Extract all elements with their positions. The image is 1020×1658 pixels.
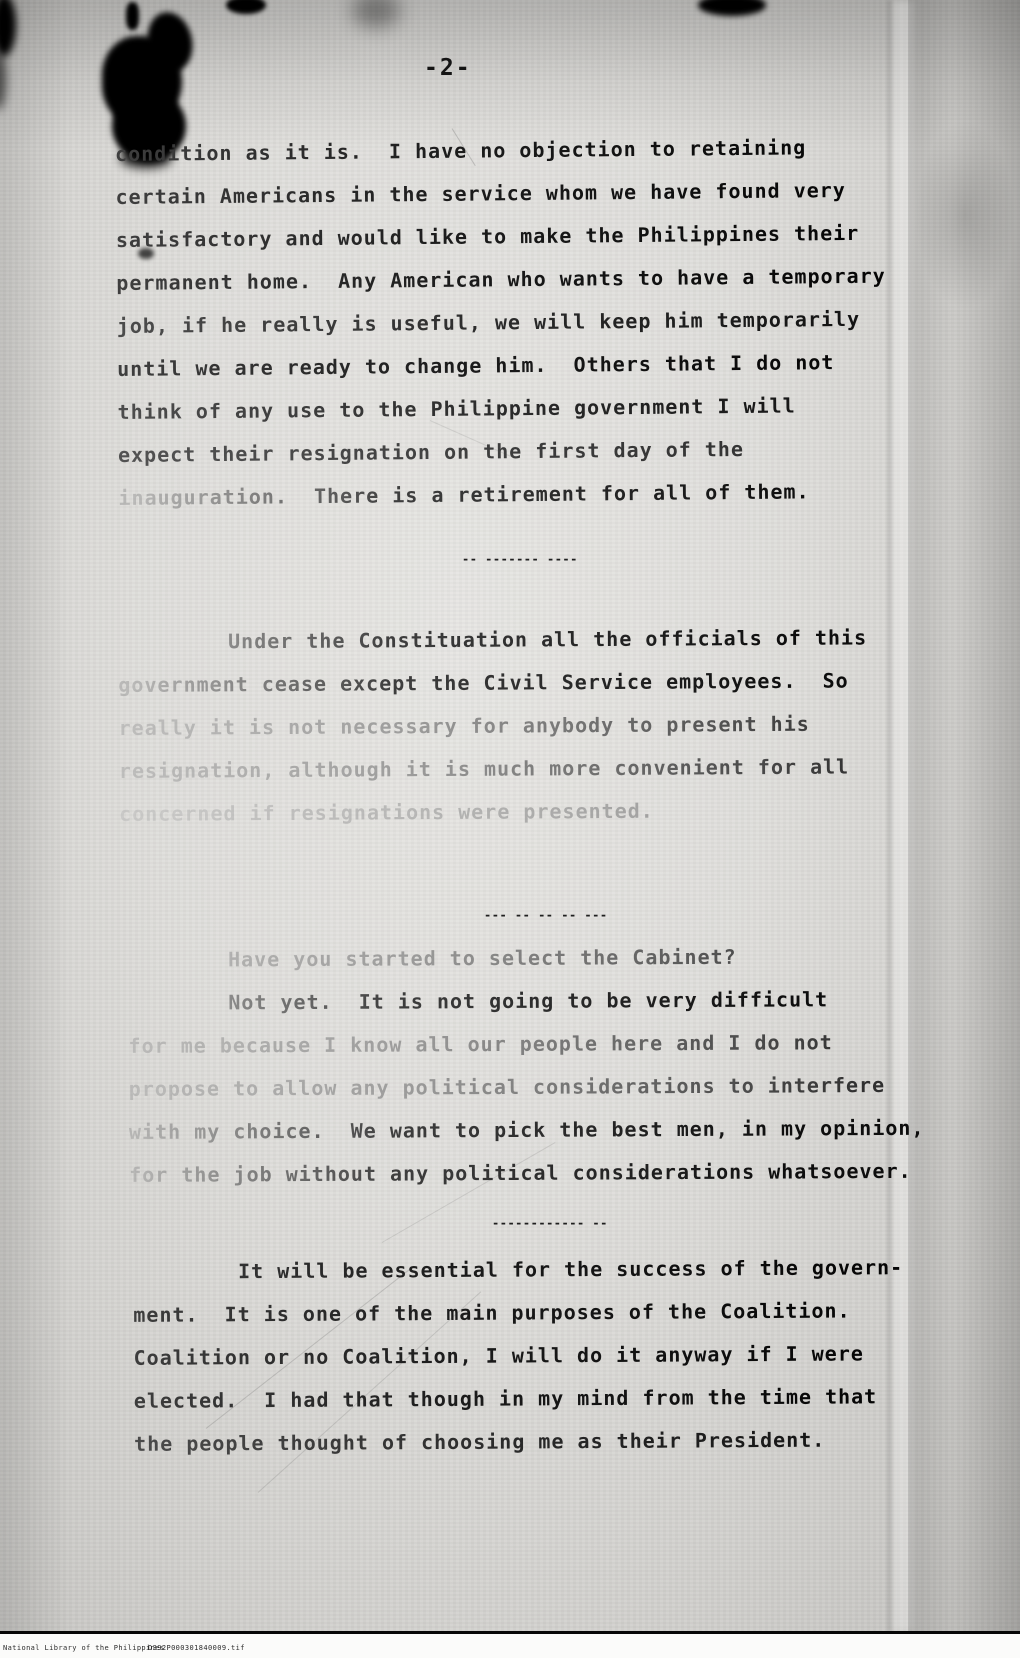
text-line: the people thought of choosing me as the…	[1, 1426, 1020, 1475]
page-number: -2-	[424, 55, 472, 81]
typed-content: -2- condition as it is. I have no object…	[0, 0, 1020, 1658]
paragraph-3: It will be essential for the success of …	[0, 1254, 1020, 1475]
typed-separator: -- ------- ----	[462, 552, 578, 566]
text-line: resignation, although it is much more co…	[1, 753, 1020, 802]
text-line: ment. It is one of the main purposes of …	[0, 1297, 1020, 1346]
text-line: for me because I know all our people her…	[0, 1029, 1020, 1077]
text-line: inauguration. There is a retirement for …	[3, 477, 1020, 530]
typed-separator: --- -- -- -- ---	[484, 908, 608, 922]
text-line: Under the Constituation all the official…	[0, 624, 1020, 673]
paragraph-2: Under the Constituation all the official…	[0, 624, 1020, 845]
text-line: Have you started to select the Cabinet?	[0, 943, 1020, 991]
paragraph-1: condition as it is. I have no objection …	[0, 133, 1020, 530]
typed-separator: ------------ --	[492, 1216, 608, 1230]
scan-filename: D392P000301840009.tif	[148, 1644, 245, 1652]
text-line: with my choice. We want to pick the best…	[1, 1115, 1020, 1163]
text-line: It will be essential for the success of …	[0, 1254, 1020, 1303]
document-scan: -2- condition as it is. I have no object…	[0, 0, 1020, 1658]
text-line: concerned if resignations were presented…	[1, 796, 1020, 845]
text-line: Coalition or no Coalition, I will do it …	[1, 1340, 1020, 1389]
text-line: for the job without any political consid…	[1, 1158, 1020, 1206]
library-caption: National Library of the Philippines	[3, 1644, 165, 1652]
question-answer-section: Have you started to select the Cabinet? …	[0, 943, 1020, 1206]
text-line: elected. I had that though in my mind fr…	[1, 1383, 1020, 1432]
text-line: Not yet. It is not going to be very diff…	[0, 986, 1020, 1034]
text-line: propose to allow any political considera…	[1, 1072, 1020, 1120]
text-line: government cease except the Civil Servic…	[0, 667, 1020, 716]
text-line: really it is not necessary for anybody t…	[1, 710, 1020, 759]
footer-bar: National Library of the Philippines D392…	[0, 1631, 1020, 1658]
